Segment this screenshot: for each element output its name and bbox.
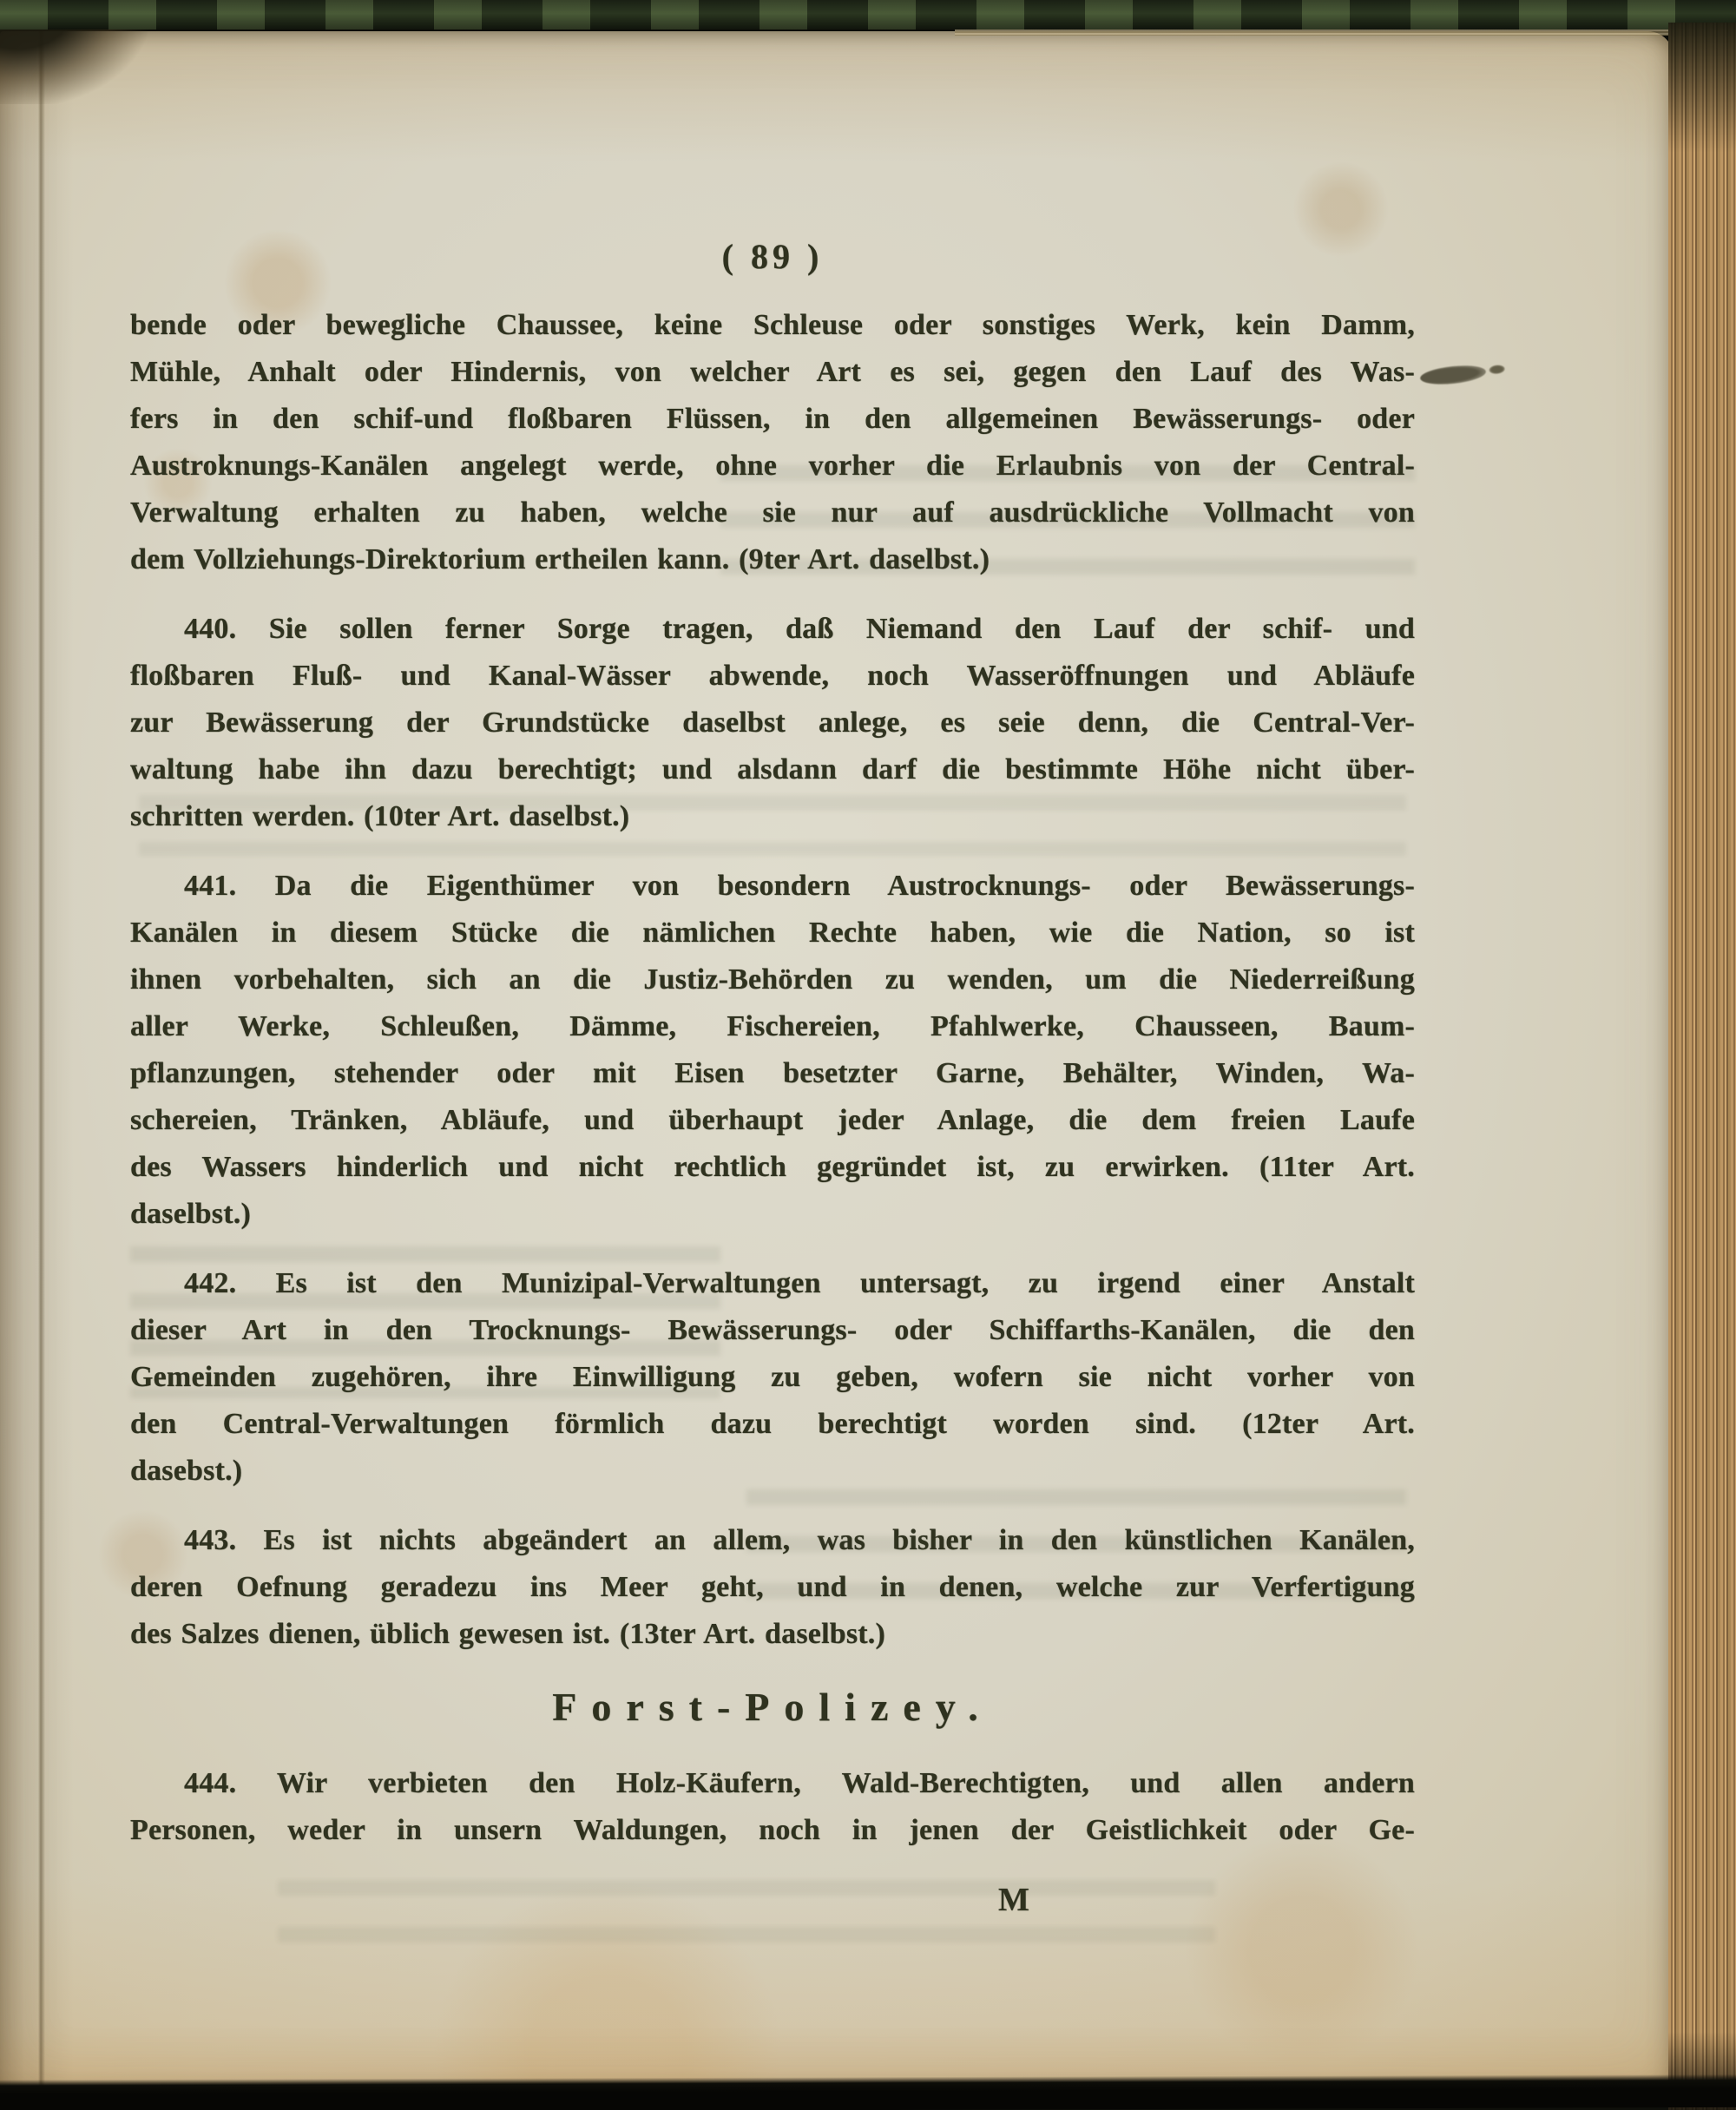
text-line: dasebst.) bbox=[130, 1448, 1415, 1495]
paragraph: 440. Sie sollen ferner Sorge tragen, daß… bbox=[130, 606, 1415, 840]
text-line: deren Oefnung geradezu ins Meer geht, un… bbox=[130, 1564, 1415, 1611]
page-text-block: ( 89 )bende oder bewegliche Chaussee, ke… bbox=[130, 229, 1415, 1923]
book-fore-edge bbox=[1668, 23, 1736, 2110]
text-line: Mühle, Anhalt oder Hindernis, von welche… bbox=[130, 349, 1415, 396]
text-line: waltung habe ihn dazu berechtigt; und al… bbox=[130, 746, 1415, 793]
paragraph: 444. Wir verbieten den Holz-Käufern, Wal… bbox=[130, 1760, 1415, 1854]
text-line: Kanälen in diesem Stücke die nämlichen R… bbox=[130, 910, 1415, 956]
book-top-edge bbox=[0, 0, 1736, 30]
paragraph: 442. Es ist den Munizipal-Verwaltungen u… bbox=[130, 1260, 1415, 1495]
text-line: 444. Wir verbieten den Holz-Käufern, Wal… bbox=[130, 1760, 1415, 1807]
text-line: den Central-Verwaltungen förmlich dazu b… bbox=[130, 1401, 1415, 1448]
text-line: Verwaltung erhalten zu haben, welche sie… bbox=[130, 490, 1415, 536]
text-line: 441. Da die Eigenthümer von besondern Au… bbox=[130, 863, 1415, 910]
text-line: 440. Sie sollen ferner Sorge tragen, daß… bbox=[130, 606, 1415, 653]
book-page: ( 89 )bende oder bewegliche Chaussee, ke… bbox=[0, 31, 1674, 2086]
text-line: des Wassers hinderlich und nicht rechtli… bbox=[130, 1144, 1415, 1191]
text-line: daselbst.) bbox=[130, 1191, 1415, 1238]
section-heading: Forst-Polizey. bbox=[130, 1680, 1415, 1734]
book-bottom-edge bbox=[0, 2074, 1736, 2110]
signature-mark: M bbox=[130, 1877, 1415, 1923]
text-line: Austroknungs-Kanälen angelegt werde, ohn… bbox=[130, 443, 1415, 490]
text-line: bende oder bewegliche Chaussee, keine Sc… bbox=[130, 302, 1415, 349]
text-line: dem Vollziehungs-Direktorium ertheilen k… bbox=[130, 536, 1415, 583]
ink-smudge bbox=[1419, 363, 1487, 387]
text-line: 443. Es ist nichts abgeändert an allem, … bbox=[130, 1517, 1415, 1564]
text-line: des Salzes dienen, üblich gewesen ist. (… bbox=[130, 1611, 1415, 1658]
text-line: pflanzungen, stehender oder mit Eisen be… bbox=[130, 1050, 1415, 1097]
text-line: floßbaren Fluß- und Kanal-Wässer abwende… bbox=[130, 653, 1415, 700]
text-line: Personen, weder in unsern Waldungen, noc… bbox=[130, 1807, 1415, 1854]
text-line: schritten werden. (10ter Art. daselbst.) bbox=[130, 793, 1415, 840]
text-line: Gemeinden zugehören, ihre Einwilligung z… bbox=[130, 1354, 1415, 1401]
text-line: dieser Art in den Trocknungs- Bewässerun… bbox=[130, 1307, 1415, 1354]
paragraph: bende oder bewegliche Chaussee, keine Sc… bbox=[130, 302, 1415, 583]
text-line: ihnen vorbehalten, sich an die Justiz-Be… bbox=[130, 956, 1415, 1003]
paragraph: 441. Da die Eigenthümer von besondern Au… bbox=[130, 863, 1415, 1238]
text-line: aller Werke, Schleußen, Dämme, Fischerei… bbox=[130, 1003, 1415, 1050]
text-line: zur Bewässerung der Grundstücke daselbst… bbox=[130, 700, 1415, 746]
paragraph: 443. Es ist nichts abgeändert an allem, … bbox=[130, 1517, 1415, 1658]
page-number: ( 89 ) bbox=[130, 229, 1415, 285]
text-line: schereien, Tränken, Abläufe, und überhau… bbox=[130, 1097, 1415, 1144]
text-line: 442. Es ist den Munizipal-Verwaltungen u… bbox=[130, 1260, 1415, 1307]
text-line: fers in den schif-und floßbaren Flüssen,… bbox=[130, 396, 1415, 443]
